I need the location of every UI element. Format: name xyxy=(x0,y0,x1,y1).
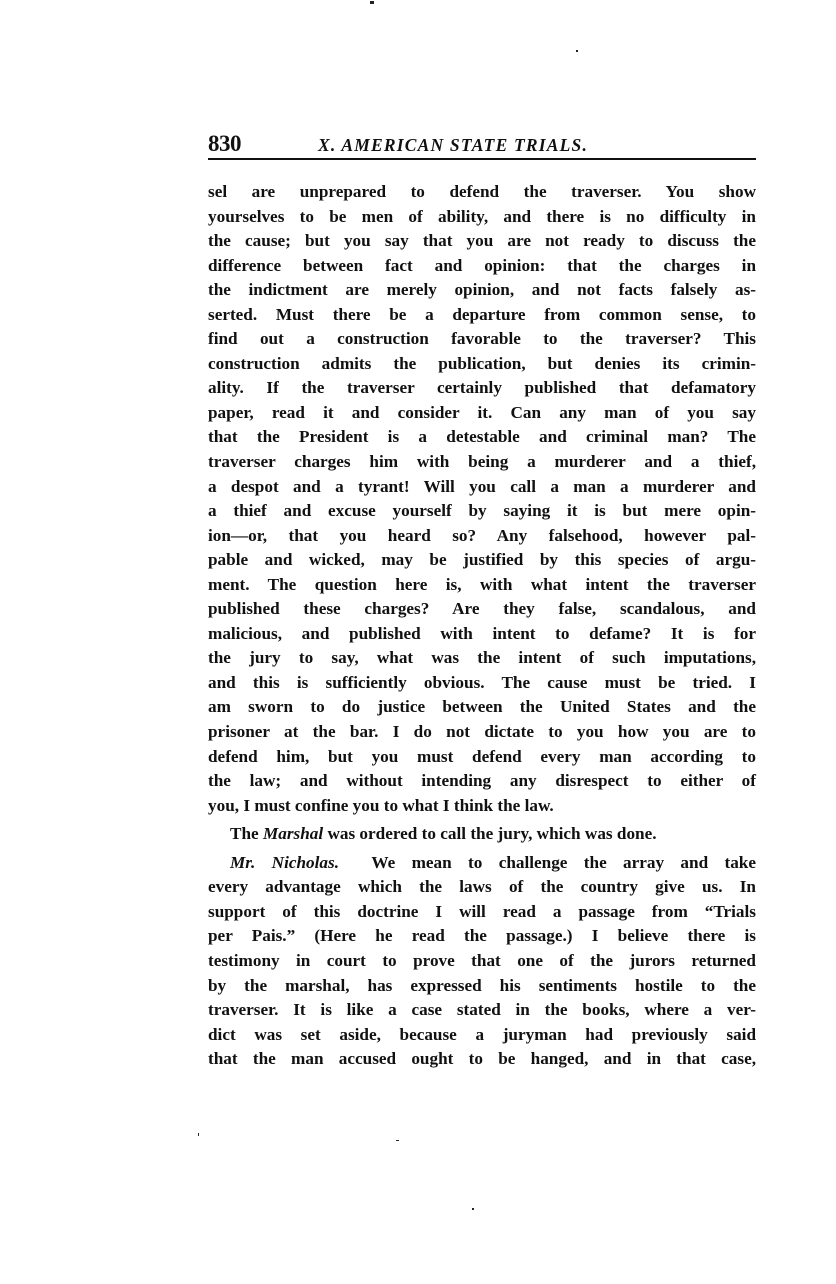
paragraph-marshal: The Marshal was ordered to call the jury… xyxy=(208,822,756,847)
body-text: sel are unprepared to defend the travers… xyxy=(208,180,756,1072)
scan-speck xyxy=(198,1133,199,1136)
text-line: sel are unprepared to defend the travers… xyxy=(208,180,756,205)
paragraph-judge-remarks: sel are unprepared to defend the travers… xyxy=(208,180,756,818)
running-head: 830 X. AMERICAN STATE TRIALS. xyxy=(208,130,756,160)
text-line: the cause; but you say that you are not … xyxy=(208,229,756,254)
text-line: by the marshal, has expressed his sentim… xyxy=(208,974,756,999)
text-line: the jury to say, what was the intent of … xyxy=(208,646,756,671)
scan-speck xyxy=(396,1140,399,1141)
text-line: every advantage which the laws of the co… xyxy=(208,875,756,900)
text-line: a thief and excuse yourself by saying it… xyxy=(208,499,756,524)
scan-speck xyxy=(576,50,578,52)
text-line: that the man accused ought to be hanged,… xyxy=(208,1047,756,1072)
text-line: malicious, and published with intent to … xyxy=(208,622,756,647)
text-line: ality. If the traverser certainly publis… xyxy=(208,376,756,401)
text-run: We mean to challenge the array and take xyxy=(339,853,756,872)
text-line: yourselves to be men of ability, and the… xyxy=(208,205,756,230)
marshal-italic: Marshal xyxy=(263,824,323,843)
text-line: construction admits the publication, but… xyxy=(208,352,756,377)
speaker-name: Mr. Nicholas. xyxy=(230,853,339,872)
text-line: that the President is a detestable and c… xyxy=(208,425,756,450)
text-line: support of this doctrine I will read a p… xyxy=(208,900,756,925)
text-line: the indictment are merely opinion, and n… xyxy=(208,278,756,303)
text-line: the law; and without intending any disre… xyxy=(208,769,756,794)
text-line: dict was set aside, because a juryman ha… xyxy=(208,1023,756,1048)
text-line: prisoner at the bar. I do not dictate to… xyxy=(208,720,756,745)
text-line: serted. Must there be a departure from c… xyxy=(208,303,756,328)
page-number: 830 xyxy=(208,130,241,158)
text-line: pable and wicked, may be justified by th… xyxy=(208,548,756,573)
text-line: testimony in court to prove that one of … xyxy=(208,949,756,974)
text-run: was ordered to call the jury, which was … xyxy=(323,824,656,843)
text-line: ion—or, that you heard so? Any falsehood… xyxy=(208,524,756,549)
text-line: am sworn to do justice between the Unite… xyxy=(208,695,756,720)
scan-speck xyxy=(472,1208,474,1210)
text-line: defend him, but you must defend every ma… xyxy=(208,745,756,770)
text-line: traverser charges him with being a murde… xyxy=(208,450,756,475)
text-line: ment. The question here is, with what in… xyxy=(208,573,756,598)
text-run: The xyxy=(230,824,263,843)
book-page: 830 X. AMERICAN STATE TRIALS. sel are un… xyxy=(208,130,756,1072)
text-line: you, I must confine you to what I think … xyxy=(208,794,756,819)
text-line: published these charges? Are they false,… xyxy=(208,597,756,622)
paragraph-nicholas: Mr. Nicholas. We mean to challenge the a… xyxy=(208,851,756,1072)
text-line: and this is sufficiently obvious. The ca… xyxy=(208,671,756,696)
text-line: traverser. It is like a case stated in t… xyxy=(208,998,756,1023)
text-line: a despot and a tyrant! Will you call a m… xyxy=(208,475,756,500)
text-line: per Pais.” (Here he read the passage.) I… xyxy=(208,924,756,949)
scan-speck xyxy=(370,1,374,4)
text-line: difference between fact and opinion: tha… xyxy=(208,254,756,279)
text-line: Mr. Nicholas. We mean to challenge the a… xyxy=(208,851,756,876)
running-title: X. AMERICAN STATE TRIALS. xyxy=(318,130,588,160)
text-line: The Marshal was ordered to call the jury… xyxy=(208,822,756,847)
text-line: find out a construction favorable to the… xyxy=(208,327,756,352)
text-line: paper, read it and consider it. Can any … xyxy=(208,401,756,426)
